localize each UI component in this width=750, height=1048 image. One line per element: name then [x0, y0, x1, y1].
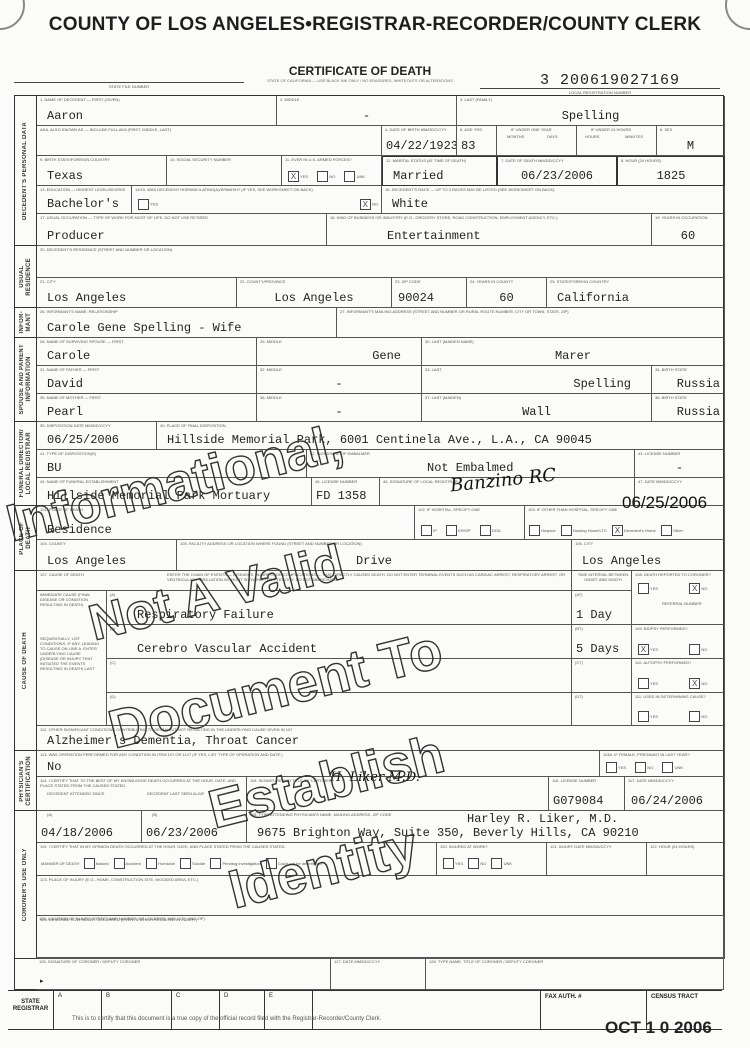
- section-physician-certification: PHYSICIAN'S CERTIFICATION: [15, 751, 37, 811]
- decedent-last-name-field[interactable]: 3. LAST (Family)Spelling: [457, 96, 725, 126]
- death-city-field[interactable]: 106. CITYLos Angeles: [572, 540, 725, 571]
- under-24-hours-field[interactable]: IF UNDER 24 HOURS Hours Minutes: [577, 126, 657, 156]
- place-of-death-field[interactable]: 101. PLACE OF DEATHResidence: [37, 506, 415, 540]
- marital-status-field[interactable]: 12. MARITAL STATUS (at Time of Death)Mar…: [382, 156, 497, 186]
- spouse-last-name-field[interactable]: 30. LAST (Maiden Name)Marer: [422, 338, 725, 366]
- father-middle-name-field[interactable]: 32. MIDDLE-: [257, 366, 422, 394]
- residence-county-field[interactable]: 22. COUNTY/PROVINCELos Angeles: [237, 278, 392, 308]
- nursing-home-checkbox[interactable]: [561, 525, 572, 536]
- interval-b[interactable]: (BT)5 Days: [572, 625, 632, 659]
- occupation-field[interactable]: 17. USUAL OCCUPATION — Type of work for …: [37, 214, 327, 246]
- coroner-signature-field[interactable]: 126. SIGNATURE OF CORONER / DEPUTY CORON…: [36, 958, 331, 990]
- biopsy-yes-checkbox[interactable]: X: [638, 644, 649, 655]
- used-in-cause-field[interactable]: 111. USED IN DETERMINING CAUSE? YES NO: [632, 693, 725, 726]
- disposition-type-field[interactable]: 41. TYPE OF DISPOSITION(S)BU: [37, 450, 307, 478]
- section-usual-residence: USUAL RESIDENCE: [15, 246, 37, 308]
- other-checkbox[interactable]: [661, 525, 672, 536]
- hospice-checkbox[interactable]: [529, 525, 540, 536]
- establishment-license-field[interactable]: 45. LICENSE NUMBERFD 1358: [312, 478, 380, 506]
- decedent-first-name-field[interactable]: 1. NAME OF DECEDENT — FIRST (Given)Aaron: [37, 96, 277, 126]
- pregnant-no-checkbox[interactable]: [635, 762, 646, 773]
- pregnant-field[interactable]: 113A. IF FEMALE, PREGNANT IN LAST YEAR? …: [600, 751, 725, 777]
- certify-date-field[interactable]: 117. DATE mm/dd/ccyy06/24/2006: [625, 777, 725, 811]
- injury-place-field[interactable]: 123. PLACE OF INJURY (e.g., home, constr…: [37, 876, 725, 916]
- hospital-type-field[interactable]: 102. IF HOSPITAL, SPECIFY ONE IP ER/OP D…: [415, 506, 525, 540]
- residence-address-field[interactable]: 20. DECEDENT'S RESIDENCE (Street and num…: [37, 246, 725, 278]
- cause-line-labels: IMMEDIATE CAUSE (Final disease or condit…: [37, 591, 107, 726]
- injury-date-field[interactable]: 121. INJURY DATE mm/dd/ccyy: [547, 843, 647, 876]
- other-conditions-field[interactable]: 112. OTHER SIGNIFICANT CONDITIONS CONTRI…: [37, 726, 725, 751]
- interval-d[interactable]: (DT): [572, 693, 632, 726]
- mother-birth-state-field[interactable]: 38. BIRTH STATERussia: [652, 394, 725, 422]
- decedent-aka-field[interactable]: AKA. ALSO KNOWN AS — Include full AKA (F…: [37, 126, 382, 156]
- armed-no-checkbox[interactable]: [317, 171, 328, 182]
- armed-yes-checkbox[interactable]: X: [288, 171, 299, 182]
- race-field[interactable]: 16. DECEDENT'S RACE — Up to 3 races may …: [382, 186, 725, 214]
- registrar-col-a[interactable]: A: [54, 991, 102, 1029]
- pregnant-yes-checkbox[interactable]: [606, 762, 617, 773]
- coroner-reported-field[interactable]: 108. DEATH REPORTED TO CORONER? REFERRAL…: [632, 571, 725, 625]
- decedent-middle-name-field[interactable]: 2. MIDDLE-: [277, 96, 457, 126]
- ssn-field[interactable]: 10. SOCIAL SECURITY NUMBER: [167, 156, 282, 186]
- state-file-number-label: STATE FILE NUMBER: [14, 82, 244, 89]
- date-of-death-field[interactable]: 7. DATE OF DEATH mm/dd/ccyy06/23/2006: [497, 156, 617, 186]
- certification-text: This is to certify that this document is…: [72, 1016, 381, 1022]
- hour-of-death-field[interactable]: 8. HOUR (24 Hours)1825: [617, 156, 725, 186]
- certificate-title: CERTIFICATE OF DEATH: [250, 64, 470, 78]
- biopsy-no-checkbox[interactable]: [689, 644, 700, 655]
- physician-license-field[interactable]: 116. LICENSE NUMBERG079084: [549, 777, 625, 811]
- armed-forces-field[interactable]: 11. EVER IN U.S. ARMED FORCES? X YES NO …: [282, 156, 382, 186]
- hispanic-no-checkbox[interactable]: X: [360, 199, 371, 210]
- coroner-no-checkbox[interactable]: X: [689, 583, 700, 594]
- autopsy-no-checkbox[interactable]: X: [689, 678, 700, 689]
- injury-location-field[interactable]: 125. LOCATION OF INJURY (Street and numb…: [36, 915, 724, 958]
- local-registration-number: 3 200619027169: [540, 72, 680, 89]
- autopsy-yes-checkbox[interactable]: [638, 678, 649, 689]
- section-personal-data: DECEDENT'S PERSONAL DATA: [15, 96, 37, 246]
- manner-homicide-checkbox[interactable]: [146, 858, 157, 869]
- physician-name-address-field[interactable]: 118. TYPE ATTENDING PHYSICIAN'S NAME, MA…: [247, 811, 725, 843]
- father-last-name-field[interactable]: 33. LASTSpelling: [422, 366, 652, 394]
- place-of-disposition-field[interactable]: 40. PLACE OF FINAL DISPOSITIONHillside M…: [157, 422, 725, 450]
- father-birth-state-field[interactable]: 34. BIRTH STATERussia: [652, 366, 725, 394]
- residence-state-field[interactable]: 25. STATE/FOREIGN COUNTRYCalifornia: [547, 278, 725, 308]
- cause-header: 107. CAUSE OF DEATH Enter the chain of e…: [37, 571, 572, 591]
- decedents-home-checkbox[interactable]: X: [612, 525, 623, 536]
- injured-unk-checkbox[interactable]: [491, 858, 502, 869]
- physician-certify-field[interactable]: 114. I CERTIFY THAT TO THE BEST OF MY KN…: [37, 777, 247, 811]
- residence-city-field[interactable]: 21. CITYLos Angeles: [37, 278, 237, 308]
- biopsy-field[interactable]: 109. BIOPSY PERFORMED? X YES NO: [632, 625, 725, 659]
- hospital-ip-checkbox[interactable]: [421, 525, 432, 536]
- father-first-name-field[interactable]: 31. NAME OF FATHER — FIRSTDavid: [37, 366, 257, 394]
- interval-a[interactable]: (AT)1 Day: [572, 591, 632, 625]
- manner-undetermined-checkbox[interactable]: [266, 858, 277, 869]
- section-funeral-director: FUNERAL DIRECTOR/ LOCAL REGISTRAR: [15, 422, 37, 506]
- registrar-col-c[interactable]: C: [172, 991, 220, 1029]
- local-registration-label: LOCAL REGISTRATION NUMBER: [480, 88, 720, 95]
- cause-line-c[interactable]: (C): [107, 659, 572, 693]
- registrar-col-e[interactable]: E: [265, 991, 313, 1029]
- funeral-establishment-field[interactable]: 44. NAME OF FUNERAL ESTABLISHMENTHillsid…: [37, 478, 312, 506]
- used-no-checkbox[interactable]: [689, 711, 700, 722]
- mother-last-name-field[interactable]: 37. LAST (Maiden)Wall: [422, 394, 652, 422]
- under-one-year-field[interactable]: IF UNDER ONE YEAR Months Days: [497, 126, 577, 156]
- hispanic-yes-checkbox[interactable]: [138, 199, 149, 210]
- injury-hour-field[interactable]: 122. HOUR (24 Hours): [647, 843, 725, 876]
- certificate-subtitle: STATE OF CALIFORNIA — USE BLACK INK ONLY…: [250, 78, 470, 83]
- injured-yes-checkbox[interactable]: [443, 858, 454, 869]
- manner-pending-checkbox[interactable]: [210, 858, 221, 869]
- age-field[interactable]: 5. AGE Yrs83: [457, 126, 497, 156]
- coroner-date-field[interactable]: 127. DATE mm/dd/ccyy: [331, 958, 426, 990]
- manner-natural-checkbox[interactable]: [84, 858, 95, 869]
- injured-no-checkbox[interactable]: [468, 858, 479, 869]
- death-county-field[interactable]: 104. COUNTYLos Angeles: [37, 540, 177, 571]
- years-in-occupation-field[interactable]: 19. YEARS IN OCCUPATION60: [652, 214, 725, 246]
- section-cause-of-death: CAUSE OF DEATH: [15, 571, 37, 751]
- used-yes-checkbox[interactable]: [638, 711, 649, 722]
- stamp-date: OCT 1 0 2006: [605, 1018, 712, 1038]
- informant-name-field[interactable]: 26. INFORMANT'S NAME, RELATIONSHIPCarole…: [37, 308, 337, 338]
- birth-state-field[interactable]: 9. BIRTH STATE/FOREIGN COUNTRYTexas: [37, 156, 167, 186]
- interval-header: Time Interval Between Onset and Death: [572, 571, 632, 591]
- cause-line-d[interactable]: (D): [107, 693, 572, 726]
- residence-zip-field[interactable]: 23. ZIP CODE90024: [392, 278, 467, 308]
- hispanic-field[interactable]: 14/15. WAS DECEDENT HISPANIC/LATINO(A)/S…: [132, 186, 382, 214]
- state-registrar-label: STATE REGISTRAR: [8, 991, 54, 1029]
- section-informant: INFOR- MANT: [15, 308, 37, 338]
- date-of-birth-field[interactable]: 4. DATE OF BIRTH mm/dd/ccyy04/22/1923: [382, 126, 457, 156]
- informant-address-field[interactable]: 27. INFORMANT'S MAILING ADDRESS (Street …: [337, 308, 725, 338]
- registrar-date-value: 06/25/2006: [622, 493, 707, 513]
- spouse-first-name-field[interactable]: 28. NAME OF SURVIVING SPOUSE — FIRSTCaro…: [37, 338, 257, 366]
- interval-c[interactable]: (CT): [572, 659, 632, 693]
- section-spouse-parent: SPOUSE AND PARENT INFORMATION: [15, 338, 37, 422]
- physician-signature: H. Liker M.D.: [330, 770, 420, 785]
- spouse-middle-name-field[interactable]: 29. MIDDLEGene: [257, 338, 422, 366]
- mother-first-name-field[interactable]: 35. NAME OF MOTHER — FIRSTPearl: [37, 394, 257, 422]
- section-coroner: CORONER'S USE ONLY: [15, 811, 37, 959]
- facility-address-field[interactable]: 105. FACILITY ADDRESS OR LOCATION WHERE …: [177, 540, 572, 571]
- years-in-county-field[interactable]: 24. YEARS IN COUNTY60: [467, 278, 547, 308]
- registrar-col-b[interactable]: B: [102, 991, 172, 1029]
- registrar-blank: [313, 991, 541, 1029]
- mother-middle-name-field[interactable]: 36. MIDDLE-: [257, 394, 422, 422]
- hospital-erop-checkbox[interactable]: [446, 525, 457, 536]
- attended-since-field[interactable]: (A)04/18/2006: [37, 811, 142, 843]
- cause-line-b[interactable]: (B)Cerebro Vascular Accident: [107, 625, 572, 659]
- operation-field[interactable]: 113. WAS OPERATION PERFORMED FOR ANY CON…: [37, 751, 600, 777]
- cause-line-a[interactable]: (A)Respiratory Failure: [107, 591, 572, 625]
- hospital-doa-checkbox[interactable]: [480, 525, 491, 536]
- industry-field[interactable]: 18. KIND OF BUSINESS OR INDUSTRY (e.g., …: [327, 214, 652, 246]
- injured-at-work-field[interactable]: 120. INJURED AT WORK? YES NO UNK: [437, 843, 547, 876]
- last-seen-alive-field[interactable]: (B)06/23/2006: [142, 811, 247, 843]
- autopsy-field[interactable]: 110. AUTOPSY PERFORMED? YES X NO: [632, 659, 725, 693]
- manner-suicide-checkbox[interactable]: [180, 858, 191, 869]
- section-place-of-death: PLACE OF DEATH: [15, 506, 37, 571]
- armed-unk-checkbox[interactable]: [344, 171, 355, 182]
- disposition-date-field[interactable]: 39. DISPOSITION DATE mm/dd/ccyy06/25/200…: [37, 422, 157, 450]
- education-field[interactable]: 13. EDUCATION — Highest Level/DegreeBach…: [37, 186, 132, 214]
- embalmer-license-field[interactable]: 43. LICENSE NUMBER-: [635, 450, 725, 478]
- sex-field[interactable]: 6. SEXM: [657, 126, 725, 156]
- manner-of-death-field[interactable]: 119. I CERTIFY THAT IN MY OPINION DEATH …: [37, 843, 437, 876]
- agency-title: COUNTY OF LOS ANGELES•REGISTRAR-RECORDER…: [0, 14, 750, 36]
- registrar-col-d[interactable]: D: [220, 991, 265, 1029]
- coroner-name-field[interactable]: 128. TYPE NAME, TITLE OF CORONER / DEPUT…: [426, 958, 724, 990]
- death-certificate-form: DECEDENT'S PERSONAL DATA USUAL RESIDENCE…: [14, 95, 724, 990]
- coroner-yes-checkbox[interactable]: [638, 583, 649, 594]
- pregnant-unk-checkbox[interactable]: [662, 762, 673, 773]
- manner-accident-checkbox[interactable]: [114, 858, 125, 869]
